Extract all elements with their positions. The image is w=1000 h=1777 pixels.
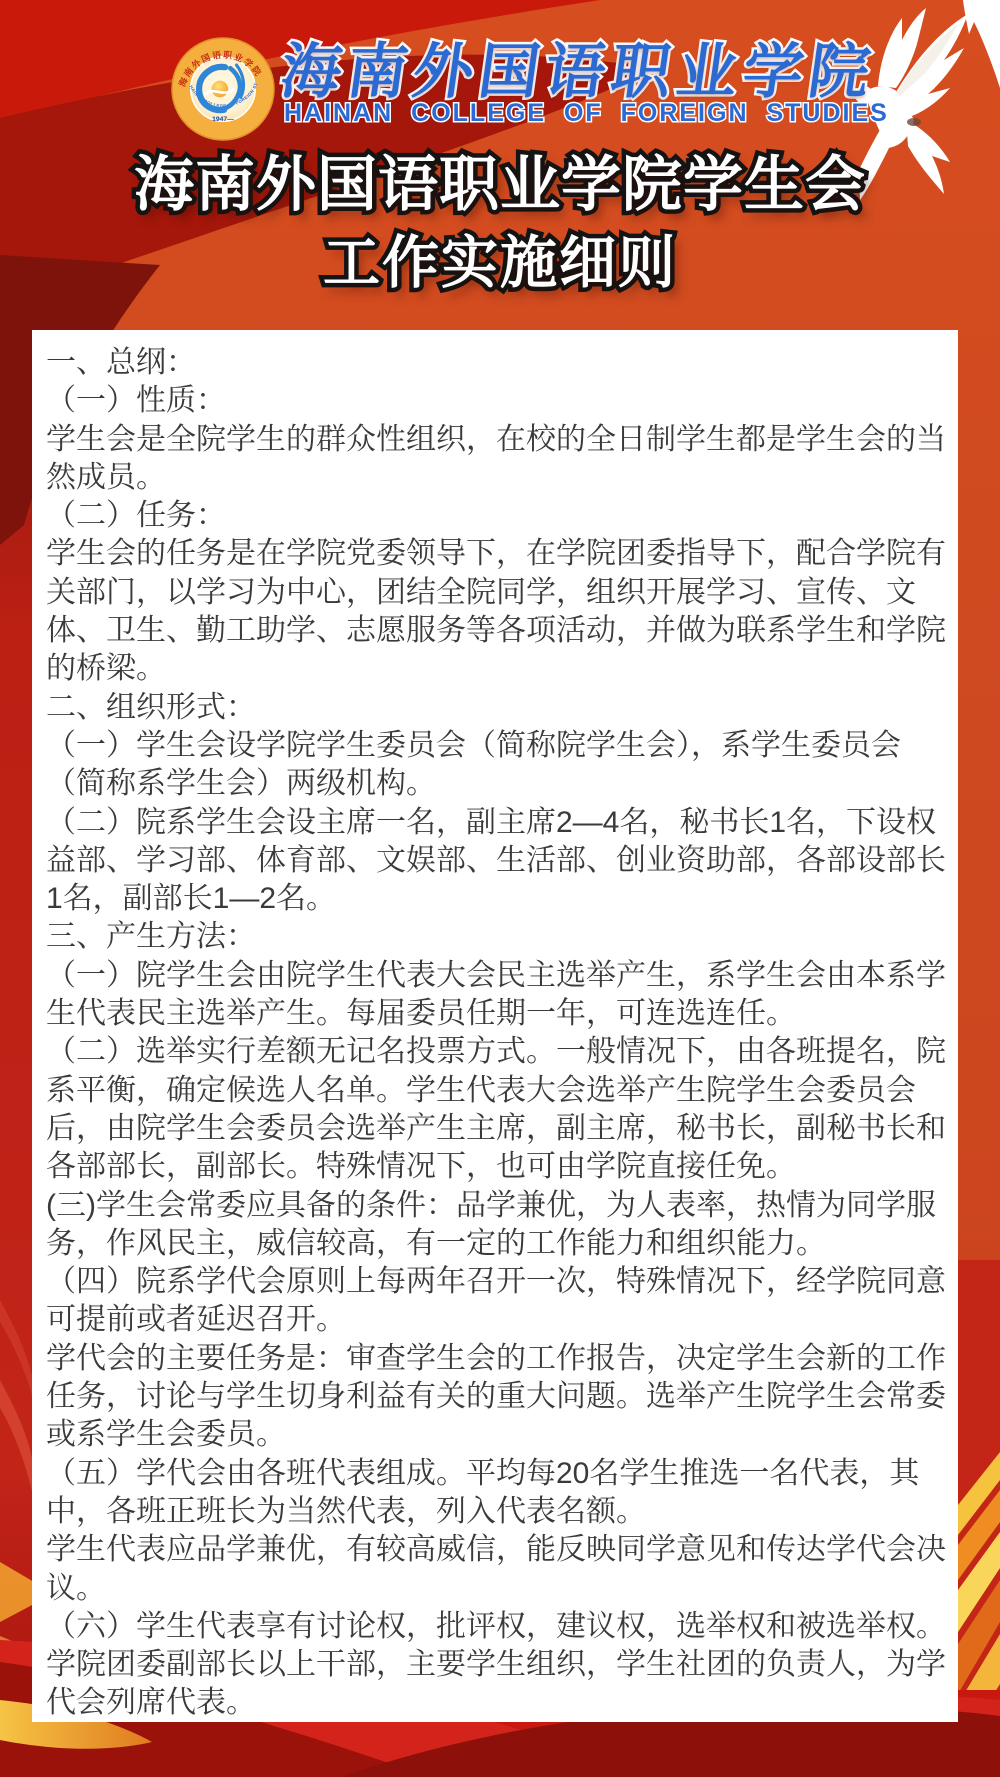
- document-paragraph: 学代会的主要任务是：审查学生会的工作报告，决定学生会新的工作任务，讨论与学生切身…: [46, 1340, 948, 1455]
- school-logo: 海南外国语职业学院 HAINAN COLLEGE OF FOREIGN STUD…: [171, 37, 275, 141]
- document-paragraph: （六）学生代表享有讨论权，批评权，建议权，选举权和被选举权。: [46, 1608, 948, 1646]
- document-paragraph: 二、组织形式：: [46, 689, 948, 727]
- document-card: 一、总纲：（一）性质：学生会是全院学生的群众性组织，在校的全日制学生都是学生会的…: [32, 330, 958, 1722]
- document-paragraph: 学生会是全院学生的群众性组织，在校的全日制学生都是学生会的当然成员。: [46, 421, 948, 498]
- document-paragraph: （一）学生会设学院学生委员会（简称院学生会），系学生委员会（简称系学生会）两级机…: [46, 727, 948, 804]
- document-paragraph: （四）院系学代会原则上每两年召开一次，特殊情况下，经学院同意可提前或者延迟召开。: [46, 1263, 948, 1340]
- document-paragraph: （一）性质：: [46, 382, 948, 420]
- poster-title-line2: 工作实施细则: [0, 226, 1000, 300]
- document-paragraph: 学院团委副部长以上干部，主要学生组织，学生社团的负责人，为学代会列席代表。: [46, 1646, 948, 1722]
- document-paragraph: 学生代表应品学兼优，有较高威信，能反映同学意见和传达学代会决议。: [46, 1531, 948, 1608]
- document-paragraph: 三、产生方法：: [46, 918, 948, 956]
- document-paragraph: 一、总纲：: [46, 344, 948, 382]
- poster-page: 海南外国语职业学院 HAINAN COLLEGE OF FOREIGN STUD…: [0, 0, 1000, 1777]
- school-name-zh: 海南外国语职业学院: [276, 24, 882, 110]
- document-paragraph: （五）学代会由各班代表组成。平均每20名学生推选一名代表，其中，各班正班长为当然…: [46, 1455, 948, 1532]
- document-paragraph: 学生会的任务是在学院党委领导下，在学院团委指导下，配合学院有关部门，以学习为中心…: [46, 535, 948, 688]
- document-paragraph: （一）院学生会由院学生代表大会民主选举产生，系学生会由本系学生代表民主选举产生。…: [46, 957, 948, 1034]
- school-name-en: HAINAN COLLEGE OF FOREIGN STUDIES: [284, 99, 889, 128]
- poster-title-line1: 海南外国语职业学院学生会: [0, 148, 1000, 222]
- logo-year-text: 1947—: [212, 116, 234, 123]
- document-paragraph: （二）院系学生会设主席一名，副主席2—4名，秘书长1名，下设权益部、学习部、体育…: [46, 804, 948, 919]
- document-paragraph: (三)学生会常委应具备的条件：品学兼优，为人表率，热情为同学服务，作风民主，威信…: [46, 1187, 948, 1264]
- poster-title: 海南外国语职业学院学生会 工作实施细则: [0, 148, 1000, 300]
- document-paragraph: （二）任务：: [46, 497, 948, 535]
- document-paragraph: （二）选举实行差额无记名投票方式。一般情况下，由各班提名，院系平衡，确定候选人名…: [46, 1033, 948, 1186]
- dove-foot-mark: [907, 118, 921, 126]
